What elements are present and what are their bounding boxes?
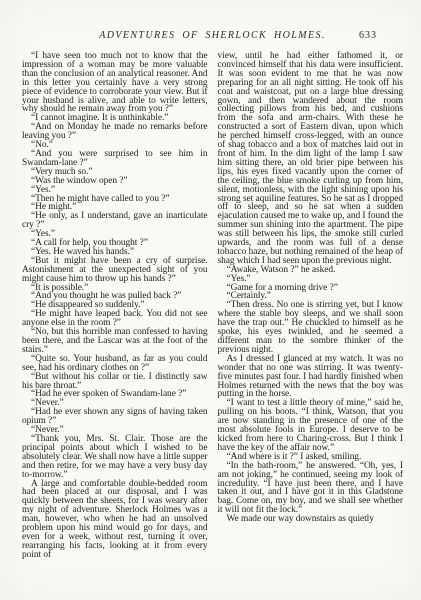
paragraph: A large and comfortable double-bedded ro… <box>22 480 208 560</box>
paragraph: “He only, as I understand, gave an inart… <box>22 212 208 230</box>
paragraph: “Then dress. No one is stirring yet, but… <box>218 301 404 354</box>
paragraph: “And you were surprised to see him in Sw… <box>22 150 208 168</box>
paragraph: “Quite so. Your husband, as far as you c… <box>22 355 208 373</box>
paragraph: As I dressed I glanced at my watch. It w… <box>218 355 404 400</box>
paragraph: “But without his collar or tie. I distin… <box>22 373 208 391</box>
text-columns: “I have seen too much not to know that t… <box>22 52 403 560</box>
paragraph: “I have seen too much not to know that t… <box>22 52 208 114</box>
paragraph: We made our way downstairs as quietly <box>218 515 404 524</box>
book-page: ADVENTURES OF SHERLOCK HOLMES. 633 “I ha… <box>0 0 421 600</box>
paragraph: “But it might have been a cry of surpris… <box>22 257 208 284</box>
page-number: 633 <box>359 30 377 41</box>
paragraph: “Had he ever shown any signs of having t… <box>22 408 208 426</box>
paragraph: “In the bath-room,” he answered. “Oh, ye… <box>218 462 404 515</box>
left-column: “I have seen too much not to know that t… <box>22 52 208 560</box>
paragraph: “He might have leaped back. You did not … <box>22 310 208 328</box>
running-title: ADVENTURES OF SHERLOCK HOLMES. <box>22 30 403 41</box>
paragraph: “No, but this horrible man confessed to … <box>22 328 208 355</box>
paragraph: “Thank you, Mrs. St. Clair. Those are th… <box>22 435 208 480</box>
paragraph: “I want to test a little theory of mine,… <box>218 399 404 452</box>
page-header: ADVENTURES OF SHERLOCK HOLMES. 633 <box>22 30 403 46</box>
paragraph: “And on Monday he made no remarks before… <box>22 123 208 141</box>
right-column: view, until he had either fathomed it, o… <box>218 52 404 560</box>
paragraph: view, until he had either fathomed it, o… <box>218 52 404 266</box>
